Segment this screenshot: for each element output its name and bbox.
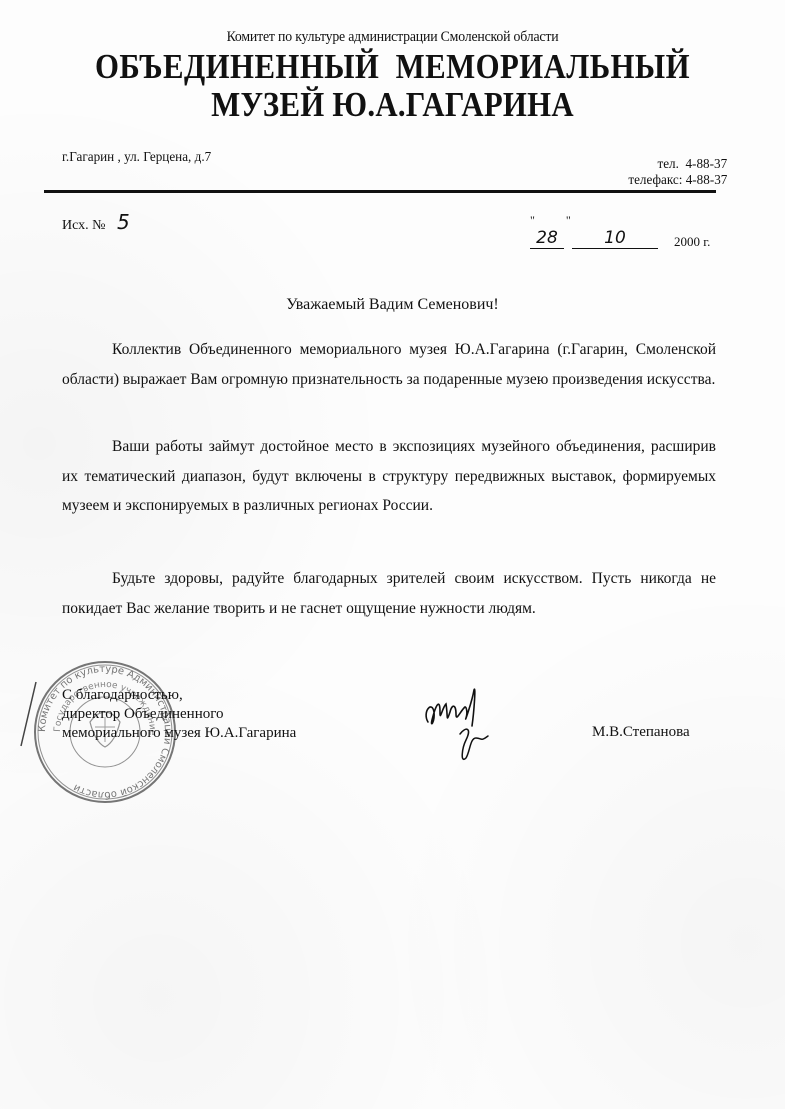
letterhead-divider (44, 190, 716, 193)
museum-fax: телефакс: 4-88-37 (628, 173, 727, 189)
date-day: 28 (530, 228, 564, 249)
closing-line-regards: С благодарностью, (62, 686, 296, 705)
handwritten-signature-icon (420, 682, 500, 772)
signer-name: М.В.Степанова (592, 724, 690, 741)
reference-number: 5 (117, 210, 130, 234)
paragraph-exhibitions: Ваши работы займут достойное место в экс… (62, 432, 716, 521)
date-quotes: " " (530, 213, 585, 228)
committee-heading: Комитет по культуре администрации Смолен… (31, 29, 753, 46)
date-month: 10 (572, 228, 658, 249)
closing-line-position: директор Объединенного (62, 705, 296, 724)
stamp-edge-mark-icon (18, 680, 38, 750)
date-year: 2000 г. (674, 234, 710, 250)
museum-phone: тел. 4-88-37 (657, 157, 727, 173)
outgoing-reference: Исх. № 5 (62, 210, 130, 234)
closing-block: С благодарностью, директор Объединенного… (62, 686, 296, 743)
museum-address: г.Гагарин , ул. Герцена, д.7 (62, 150, 211, 166)
museum-title-line1: ОБЪЕДИНЕННЫЙ МЕМОРИАЛЬНЫЙ (47, 47, 738, 87)
reference-label: Исх. № (62, 218, 106, 233)
closing-line-museum: мемориального музея Ю.А.Гагарина (62, 724, 296, 743)
salutation: Уважаемый Вадим Семенович! (0, 296, 785, 314)
paragraph-gratitude: Коллектив Объединенного мемориального му… (62, 335, 716, 394)
paragraph-wishes: Будьте здоровы, радуйте благодарных зрит… (62, 564, 716, 623)
museum-title-line2: МУЗЕЙ Ю.А.ГАГАРИНА (47, 85, 738, 125)
